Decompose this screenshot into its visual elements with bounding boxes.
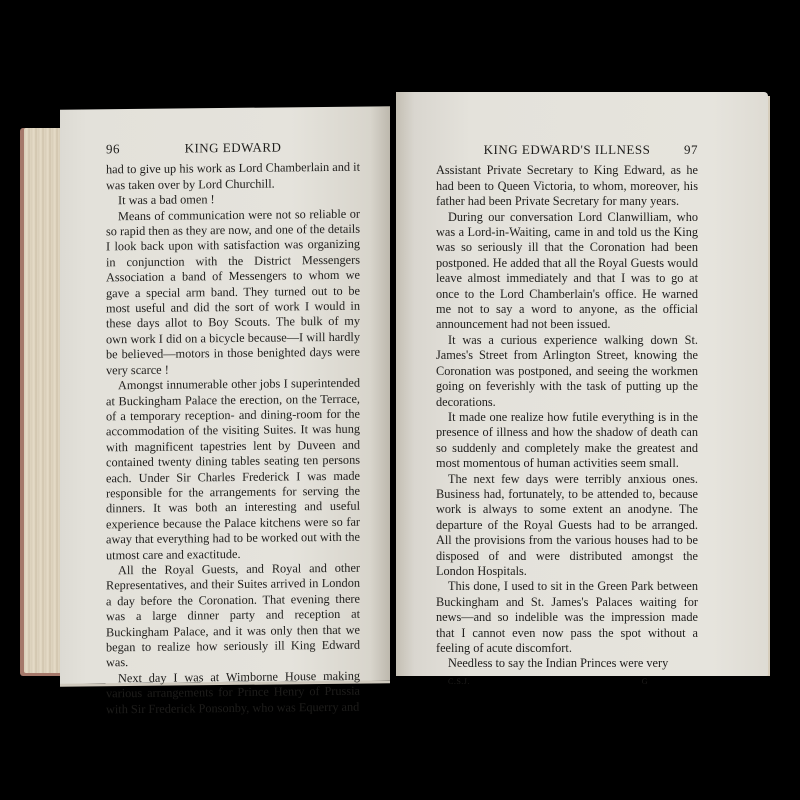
paragraph: Assistant Private Secretary to King Edwa… — [436, 163, 698, 209]
left-page-text: 96 KING EDWARD had to give up his work a… — [106, 139, 360, 718]
running-head: KING EDWARD — [138, 139, 328, 156]
paragraph: Means of communication were not so relia… — [106, 206, 360, 378]
page-number: 97 — [658, 142, 698, 157]
signature-line: C.S.J. G — [436, 674, 698, 689]
right-page-header: KING EDWARD'S ILLNESS 97 — [436, 142, 698, 157]
paragraph: It made one realize how futile everythin… — [436, 410, 698, 472]
signature-letter: G — [642, 674, 648, 689]
paragraph: Next day I was at Wimborne House making … — [106, 668, 360, 717]
paragraph: had to give up his work as Lord Chamberl… — [106, 160, 360, 193]
left-page-header: 96 KING EDWARD — [106, 139, 360, 157]
paragraph: This done, I used to sit in the Green Pa… — [436, 579, 698, 656]
paragraph: Needless to say the Indian Princes were … — [436, 656, 698, 671]
right-page-text: KING EDWARD'S ILLNESS 97 Assistant Priva… — [436, 142, 698, 689]
paragraph: It was a curious experience walking down… — [436, 333, 698, 410]
signature-mark: C.S.J. — [448, 674, 470, 689]
paragraph: During our conversation Lord Clanwilliam… — [436, 210, 698, 333]
running-head: KING EDWARD'S ILLNESS — [476, 142, 658, 157]
page-number: 96 — [106, 141, 138, 157]
paragraph: All the Royal Guests, and Royal and othe… — [106, 561, 360, 672]
paragraph: Amongst innumerable other jobs I superin… — [106, 376, 360, 564]
paragraph: The next few days were terribly anxious … — [436, 472, 698, 580]
